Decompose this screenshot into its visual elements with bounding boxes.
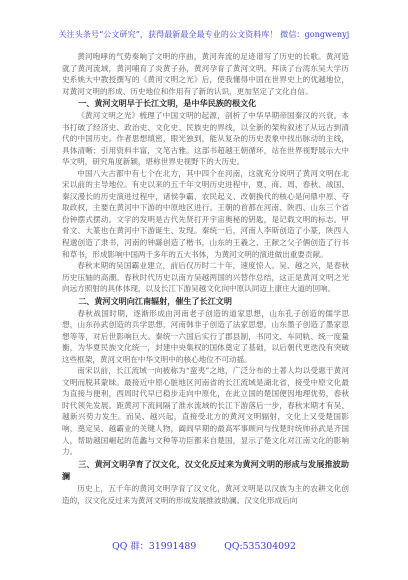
paragraph: 春秋末期的吴国霸业建立，前后仅历时二十年，速度惊人。吴、越之兴，是春秋历史压轴的… — [62, 260, 349, 295]
qq-text: QQ:535304092 — [224, 541, 296, 552]
promo-header: 关注头条号“公文研究”，获得最新最全最专业的公文资料库！ 微信：gongweny… — [0, 29, 408, 40]
document-body: 黄河咆哮的气势奏响了文明的序曲，黄河奔流的足迹谱写了历史的长歌。黄河造就了黄河流… — [62, 51, 349, 506]
paragraph: 南宋以前，长江流域一向被称为“蛮夷”之地，广泛分布的土著人均以受惠于黄河文明而脱… — [62, 365, 349, 457]
qq-group-text: QQ 群：31991489 — [112, 538, 196, 552]
paragraph: 《黄河文明之光》梳理了中国文明的起源，剖析了中华早期帝国秦汉的兴衰。本书打破了经… — [62, 110, 349, 168]
section-heading-2: 二、黄河文明向江南辐射，催生了长江文明 — [62, 295, 349, 308]
section-heading-3: 三、黄河文明孕育了汉文化，汉文化反过来为黄河文明的形成与发展推波助澜 — [62, 458, 349, 484]
paragraph: 春秋战国时期，逐渐形成由河南老子创造的道家思想，山东孔子创造的儒学思想，山东孙武… — [62, 308, 349, 366]
paragraph: 中国八大古都中有七个在北方，其中四个在河南，这就充分说明了黄河文明在北宋以前的主… — [62, 168, 349, 260]
document-page: 关注头条号“公文研究”，获得最新最全最专业的公文资料库！ 微信：gongweny… — [0, 0, 408, 580]
intro-paragraph: 黄河咆哮的气势奏响了文明的序曲，黄河奔流的足迹谱写了历史的长歌。黄河造就了黄河流… — [62, 51, 349, 97]
contact-footer: QQ 群：31991489QQ:535304092 — [0, 538, 408, 552]
paragraph: 历史上，五千年的黄河文明孕育了汉文化，黄河文明是以汉族为主的农耕文化创造的，汉文… — [62, 483, 349, 506]
section-heading-1: 一、黄河文明早于长江文明，是中华民族的根文化 — [62, 97, 349, 110]
